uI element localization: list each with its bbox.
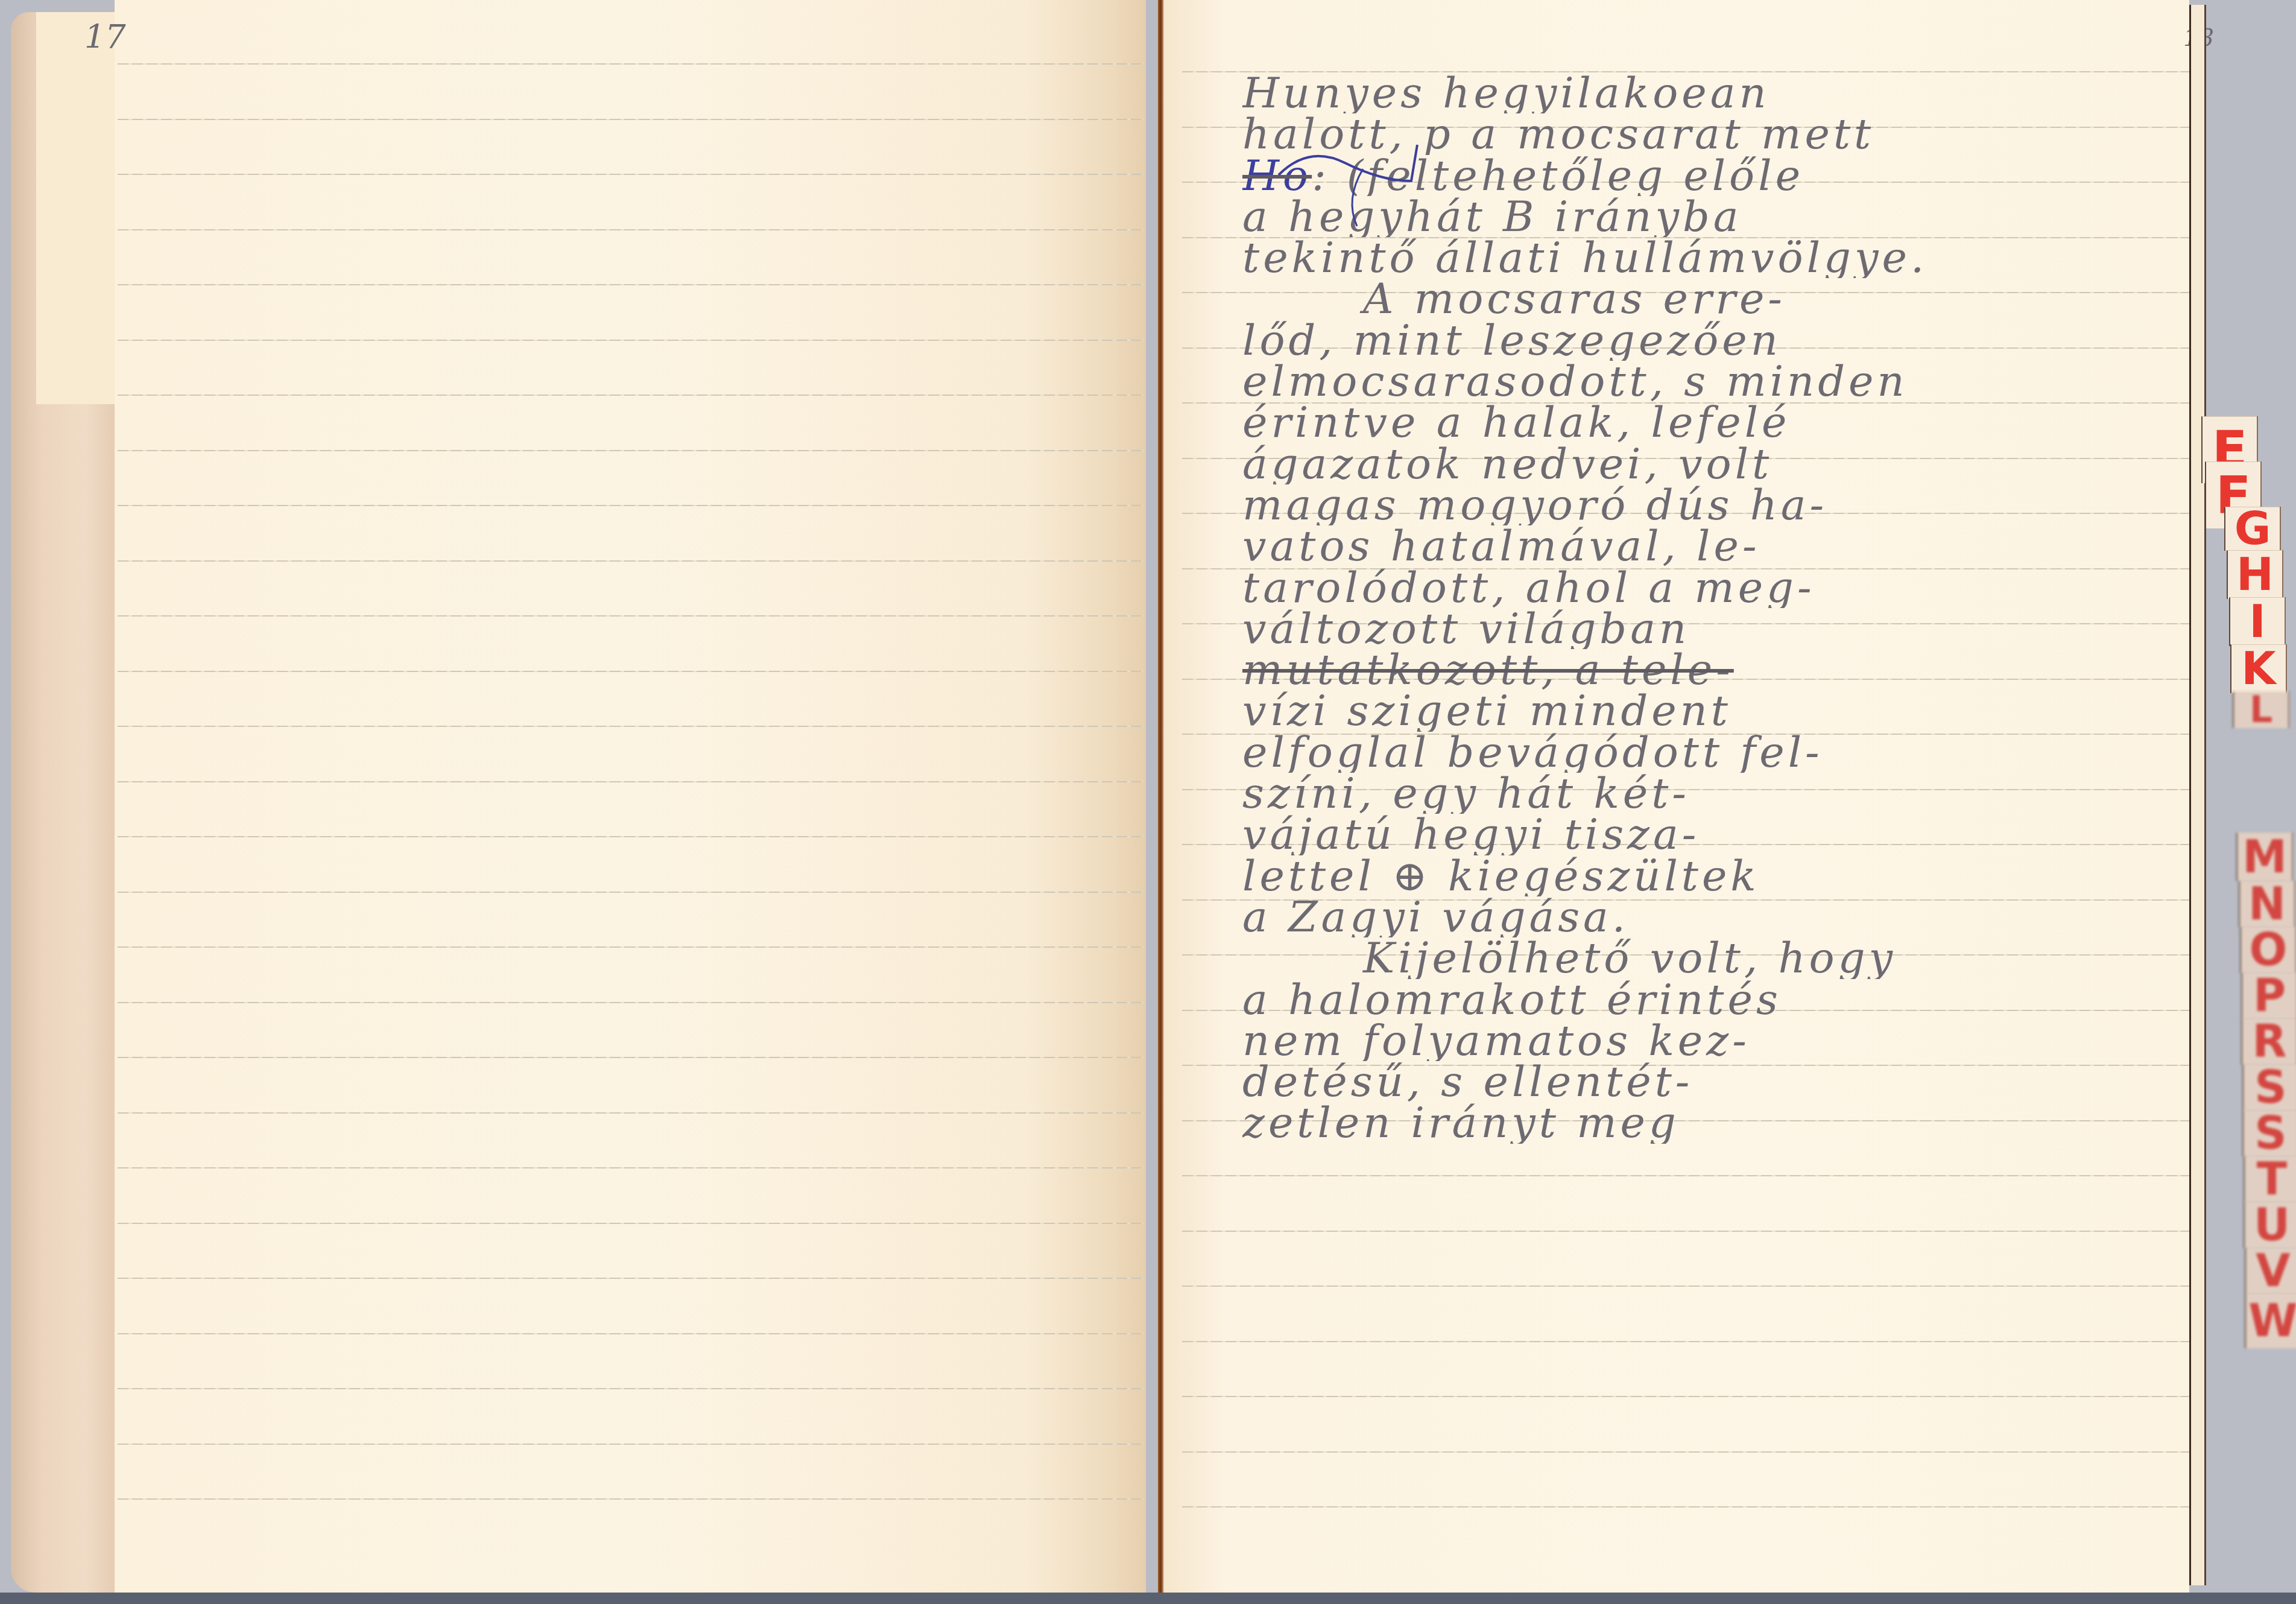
index-tab-s[interactable]: S — [2242, 1064, 2296, 1111]
ruled-line — [118, 1223, 1143, 1224]
text-line: tekintő állati hullámvölgye. — [1242, 237, 2189, 278]
ruled-line — [118, 505, 1143, 506]
ruled-line — [118, 340, 1143, 341]
text-line: vatos hatalmával, le- — [1242, 525, 2189, 566]
index-tab-o[interactable]: O — [2240, 927, 2295, 973]
text-line: vízi szigeti mindent — [1242, 690, 2189, 731]
ruled-line — [118, 726, 1143, 727]
text-line: A mocsaras erre- — [1242, 278, 2189, 319]
index-tab-g[interactable]: G — [2224, 507, 2280, 551]
ruled-line — [118, 1444, 1143, 1445]
ruled-line — [1182, 1341, 2189, 1342]
alphabet-index-tabs: E F G H I K L M N O P R S S T U V W — [2195, 398, 2296, 1604]
ruled-line — [1182, 1451, 2189, 1453]
text-line: ágazatok nedvei, volt — [1242, 443, 2189, 484]
text-line: elmocsarasodott, s minden — [1242, 361, 2189, 402]
ruled-line — [118, 781, 1143, 782]
text-line: tarolódott, ahol a meg- — [1242, 567, 2189, 608]
ruled-line — [118, 119, 1143, 120]
index-tab-v[interactable]: V — [2245, 1247, 2296, 1294]
ruled-line — [118, 174, 1143, 175]
text-line: lettel ⊕ kiegészültek — [1242, 855, 2189, 896]
text-line: színi, egy hát két- — [1242, 773, 2189, 814]
index-tab-m[interactable]: M — [2236, 832, 2292, 881]
blue-ink-arc-icon — [1273, 133, 1453, 229]
text-line: lőd, mint leszegezően — [1242, 320, 2189, 361]
ruled-line — [1182, 1175, 2189, 1176]
text-line: elfoglal bevágódott fel- — [1242, 732, 2189, 773]
text-line: változott világban — [1242, 608, 2189, 649]
text-line: Kijelölhető volt, hogy — [1242, 937, 2189, 978]
ruled-line — [118, 1388, 1143, 1389]
ruled-line — [118, 1057, 1143, 1058]
index-tab-n[interactable]: N — [2239, 881, 2294, 927]
text-line: a halomrakott érintés — [1242, 979, 2189, 1020]
ruled-line — [118, 615, 1143, 617]
text-line: zetlen irányt meg — [1242, 1102, 2189, 1143]
index-tab-w[interactable]: W — [2245, 1293, 2296, 1348]
index-tab-h[interactable]: H — [2227, 550, 2282, 599]
index-tab-p[interactable]: P — [2241, 972, 2296, 1019]
left-page-number: 17 — [84, 18, 126, 56]
ruled-line — [118, 1002, 1143, 1003]
text-line: nem folyamatos kez- — [1242, 1020, 2189, 1061]
index-tab-u[interactable]: U — [2244, 1202, 2296, 1248]
ruled-line — [118, 1498, 1143, 1500]
ruled-line — [118, 229, 1143, 230]
ruled-line — [118, 1112, 1143, 1114]
ruled-line — [118, 892, 1143, 893]
text-line: magas mogyoró dús ha- — [1242, 484, 2189, 525]
text-line: érintve a halak, lefelé — [1242, 402, 2189, 443]
ruled-line — [118, 671, 1143, 672]
ruled-line — [118, 946, 1143, 948]
ruled-line — [118, 1167, 1143, 1168]
ruled-line — [118, 560, 1143, 562]
ruled-line — [118, 1333, 1143, 1334]
book-gutter — [1158, 0, 1163, 1593]
index-tab-s2[interactable]: S — [2242, 1110, 2296, 1156]
ruled-line — [1182, 1506, 2189, 1507]
ruled-line — [118, 395, 1143, 396]
ruled-line — [1182, 1285, 2189, 1287]
ruled-line — [118, 284, 1143, 285]
ruled-line — [1182, 1231, 2189, 1232]
text-line: Hunyes hegyilakoean — [1242, 72, 2189, 113]
index-tab-k[interactable]: K — [2230, 644, 2286, 693]
index-tab-i[interactable]: I — [2229, 597, 2285, 646]
left-page: 17 — [115, 0, 1146, 1593]
ruled-line — [118, 1278, 1143, 1279]
ruled-line — [1182, 1396, 2189, 1397]
ruled-line — [118, 450, 1143, 451]
index-tab-r[interactable]: R — [2241, 1018, 2296, 1065]
index-tab-l[interactable]: L — [2233, 691, 2288, 728]
text-line: detésű, s ellentét- — [1242, 1061, 2189, 1102]
notebook-spread: 17 18 Hunyes hegyilakoean halott, p a mo… — [0, 0, 2296, 1604]
text-line: vájatú hegyi tisza- — [1242, 814, 2189, 855]
background-surface — [0, 1593, 2296, 1604]
index-tab-t[interactable]: T — [2244, 1156, 2296, 1202]
ruled-line — [118, 836, 1143, 837]
text-line-struck: mutatkozott, a tele- — [1242, 649, 2189, 690]
ruled-line — [118, 63, 1143, 65]
handwritten-text: Hunyes hegyilakoean halott, p a mocsarat… — [1242, 72, 2189, 1144]
text-line: a Zagyi vágása. — [1242, 896, 2189, 937]
